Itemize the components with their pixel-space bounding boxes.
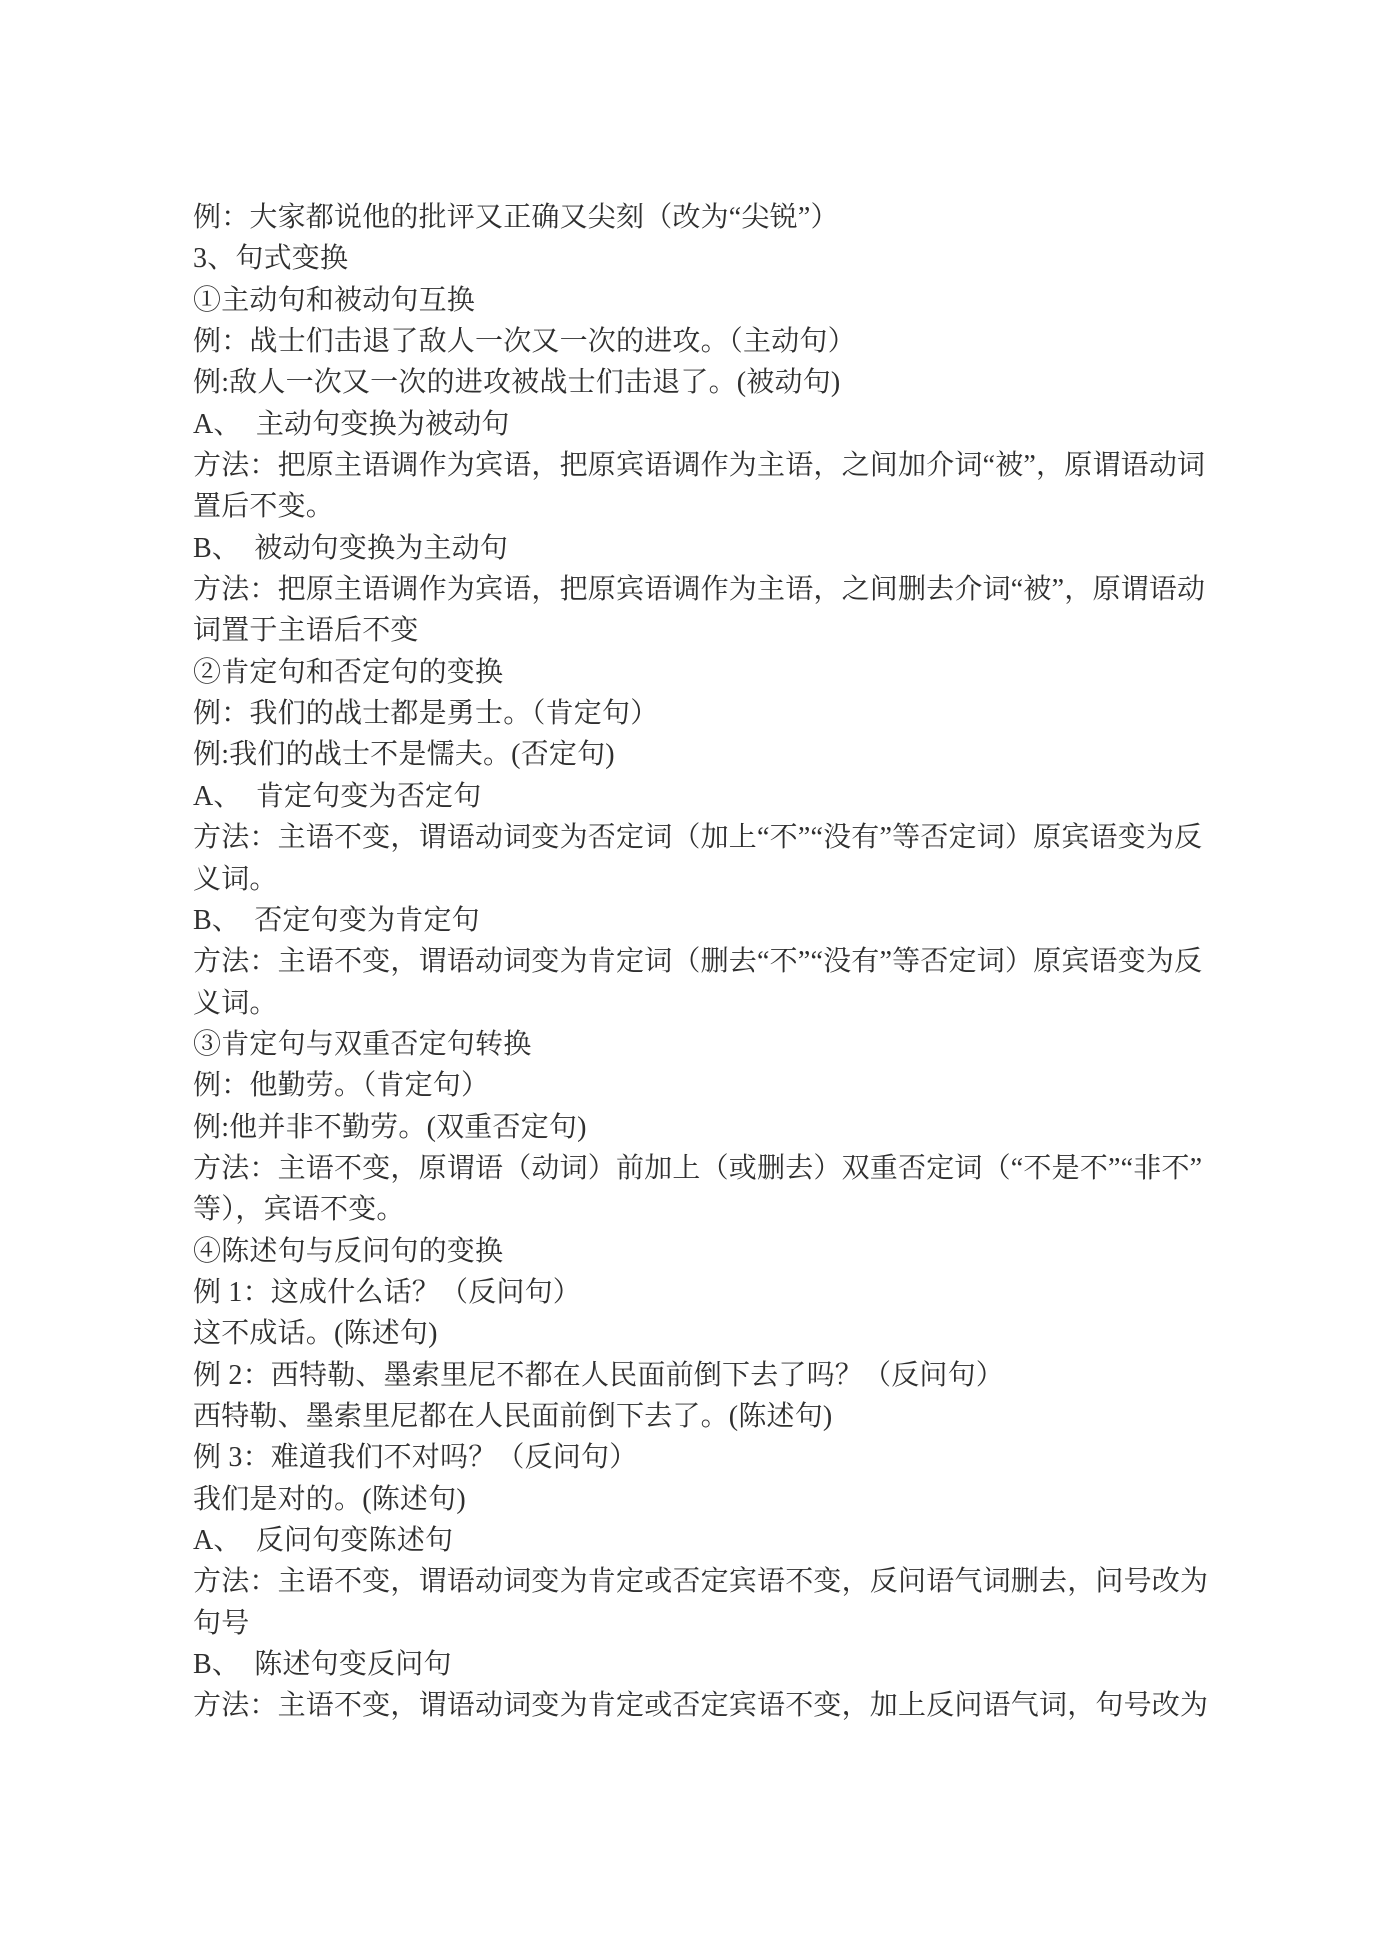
text-line: B、 陈述句变反问句 — [193, 1644, 1353, 1685]
text-line: 例：他勤劳。（肯定句） — [193, 1065, 1353, 1106]
text-line: ④陈述句与反问句的变换 — [193, 1231, 1353, 1272]
text-line: 方法：把原主语调作为宾语，把原宾语调作为主语，之间加介词“被”，原谓语动词 — [193, 445, 1353, 486]
text-line: 方法：主语不变，谓语动词变为否定词（加上“不”“没有”等否定词）原宾语变为反 — [193, 817, 1353, 858]
text-line: 方法：把原主语调作为宾语，把原宾语调作为主语，之间删去介词“被”，原谓语动 — [193, 569, 1353, 610]
text-line: 例 1：这成什么话？（反问句） — [193, 1272, 1353, 1313]
text-line: 方法：主语不变，原谓语（动词）前加上（或删去）双重否定词（“不是不”“非不” — [193, 1148, 1353, 1189]
text-line: ③肯定句与双重否定句转换 — [193, 1024, 1353, 1065]
text-line: 等），宾语不变。 — [193, 1189, 1353, 1230]
text-line: 方法：主语不变，谓语动词变为肯定词（删去“不”“没有”等否定词）原宾语变为反 — [193, 941, 1353, 982]
text-line: 这不成话。(陈述句) — [193, 1313, 1353, 1354]
text-line: 例：战士们击退了敌人一次又一次的进攻。（主动句） — [193, 321, 1353, 362]
text-line: 方法：主语不变，谓语动词变为肯定或否定宾语不变，反问语气词删去，问号改为 — [193, 1561, 1353, 1602]
text-line: B、 否定句变为肯定句 — [193, 900, 1353, 941]
text-line: 例：大家都说他的批评又正确又尖刻（改为“尖锐”） — [193, 197, 1353, 238]
text-line: 例:我们的战士不是懦夫。(否定句) — [193, 734, 1353, 775]
text-line: 方法：主语不变，谓语动词变为肯定或否定宾语不变，加上反问语气词，句号改为 — [193, 1685, 1353, 1726]
text-line: 句号 — [193, 1603, 1353, 1644]
text-line: 我们是对的。(陈述句) — [193, 1479, 1353, 1520]
text-line: 西特勒、墨索里尼都在人民面前倒下去了。(陈述句) — [193, 1396, 1353, 1437]
text-line: A、 肯定句变为否定句 — [193, 776, 1353, 817]
text-line: 3、句式变换 — [193, 238, 1353, 279]
text-line: 义词。 — [193, 983, 1353, 1024]
text-line: 例:他并非不勤劳。(双重否定句) — [193, 1107, 1353, 1148]
text-line: 例：我们的战士都是勇士。（肯定句） — [193, 693, 1353, 734]
text-line: A、 反问句变陈述句 — [193, 1520, 1353, 1561]
document-page: 例：大家都说他的批评又正确又尖刻（改为“尖锐”） 3、句式变换 ①主动句和被动句… — [0, 0, 1383, 1951]
text-line: A、 主动句变换为被动句 — [193, 404, 1353, 445]
text-line: 置后不变。 — [193, 486, 1353, 527]
text-line: B、 被动句变换为主动句 — [193, 528, 1353, 569]
text-line: 义词。 — [193, 859, 1353, 900]
text-line: 词置于主语后不变 — [193, 610, 1353, 651]
document-text-block: 例：大家都说他的批评又正确又尖刻（改为“尖锐”） 3、句式变换 ①主动句和被动句… — [193, 197, 1353, 1727]
text-line: ①主动句和被动句互换 — [193, 280, 1353, 321]
text-line: 例:敌人一次又一次的进攻被战士们击退了。(被动句) — [193, 362, 1353, 403]
text-line: ②肯定句和否定句的变换 — [193, 652, 1353, 693]
text-line: 例 2：西特勒、墨索里尼不都在人民面前倒下去了吗？（反问句） — [193, 1355, 1353, 1396]
text-line: 例 3：难道我们不对吗？（反问句） — [193, 1437, 1353, 1478]
